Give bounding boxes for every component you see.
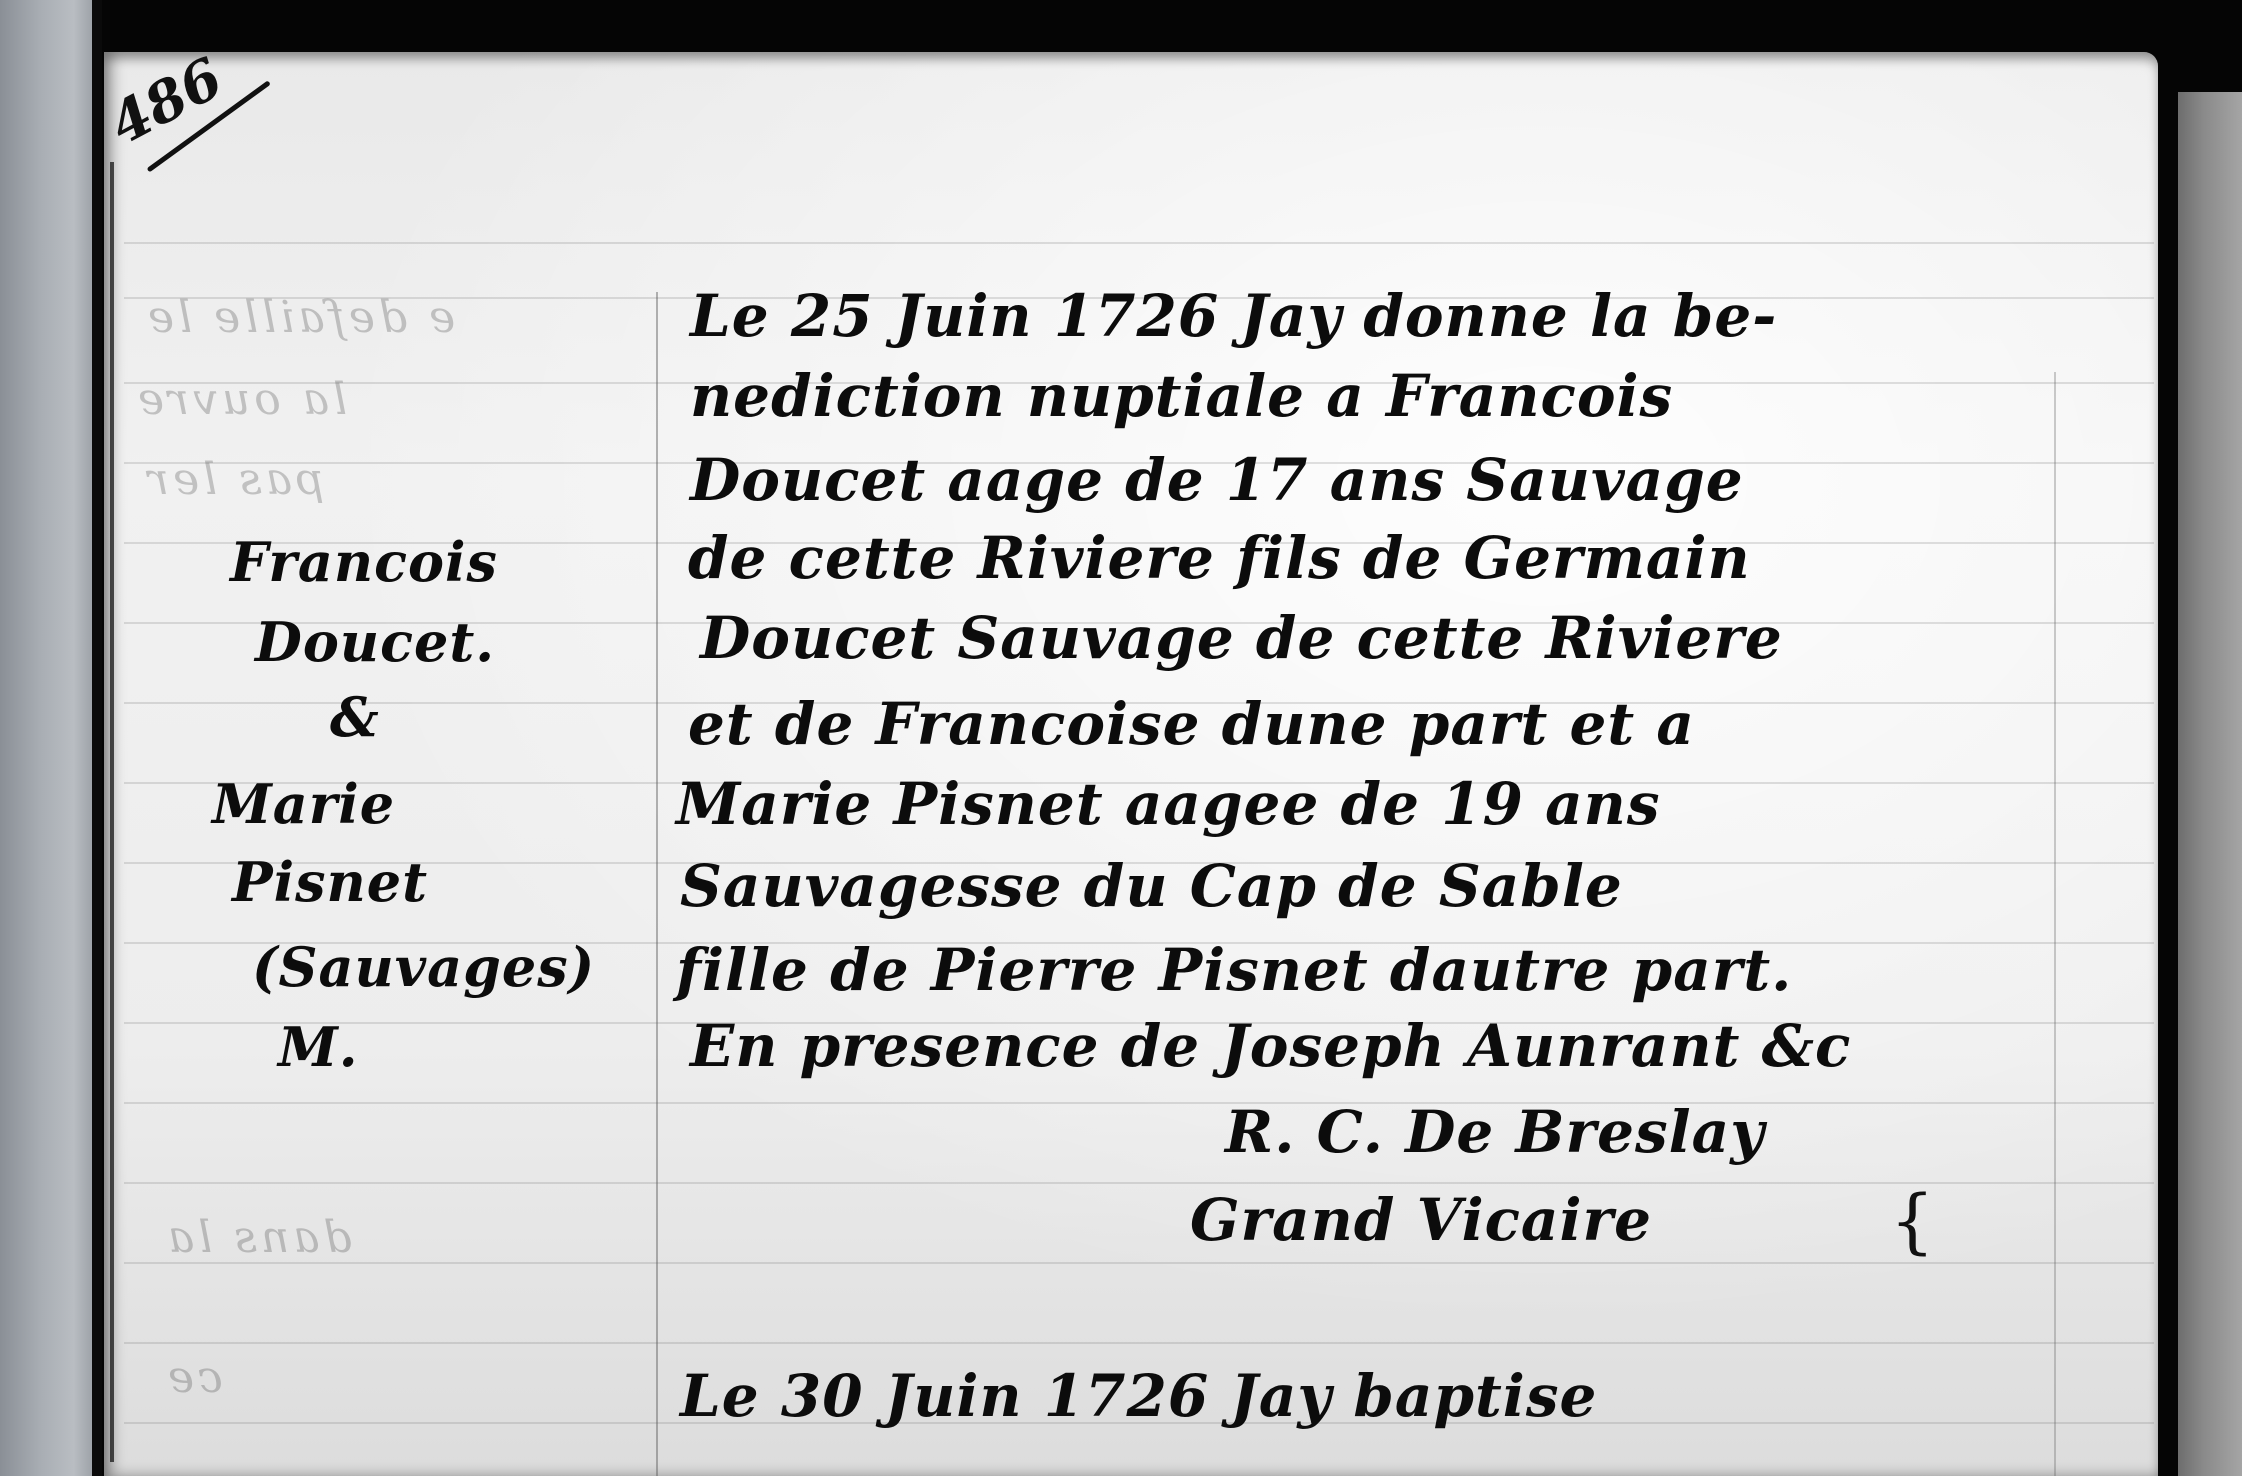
entry-line: Doucet Sauvage de cette Riviere — [700, 604, 1783, 672]
ruled-line — [124, 1102, 2154, 1104]
margin-bride-first-name: Marie — [212, 772, 395, 836]
bleed-through-text: pas ler — [144, 454, 324, 505]
ruled-line — [124, 242, 2154, 244]
right-column-line — [2054, 372, 2056, 1476]
bleed-through-text: dans la — [164, 1212, 352, 1263]
margin-groom-first-name: Francois — [230, 530, 498, 594]
entry-line: En presence de Joseph Aunrant &c — [690, 1012, 1851, 1080]
book-binding-left — [0, 0, 92, 1476]
bleed-through-text: la ouvre — [134, 374, 347, 425]
entry-line: Marie Pisnet aagee de 19 ans — [676, 770, 1661, 838]
entry-line: Doucet aage de 17 ans Sauvage — [690, 446, 1744, 514]
entry-line: nediction nuptiale a Francois — [690, 362, 1673, 430]
ruled-line — [124, 1182, 2154, 1184]
signature-bracket: { — [1890, 1180, 1935, 1262]
margin-bride-surname: Pisnet — [232, 850, 428, 914]
page-left-border — [110, 162, 114, 1462]
bleed-through-text: e defaille le — [144, 292, 455, 343]
binding-shadow — [92, 0, 102, 1476]
entry-line: de cette Riviere fils de Germain — [688, 524, 1751, 592]
margin-record-type: M. — [278, 1015, 359, 1079]
entry-line: Sauvagesse du Cap de Sable — [680, 852, 1623, 920]
register-page: e defaille le la ouvre pas ler dans la c… — [104, 52, 2158, 1476]
bleed-through-text: ce — [164, 1352, 223, 1403]
margin-groom-surname: Doucet. — [255, 610, 495, 674]
entry-line: et de Francoise dune part et a — [688, 690, 1695, 758]
margin-sauvages-note: (Sauvages) — [252, 935, 595, 999]
margin-separator-line — [656, 292, 658, 1476]
entry-line: Le 25 Juin 1726 Jay donne la be- — [690, 282, 1777, 350]
document-scan: e defaille le la ouvre pas ler dans la c… — [0, 0, 2242, 1476]
ruled-line — [124, 1262, 2154, 1264]
margin-ampersand: & — [330, 685, 380, 749]
ruled-line — [124, 1342, 2154, 1344]
signature-title: Grand Vicaire — [1190, 1186, 1652, 1254]
signature-name: R. C. De Breslay — [1225, 1098, 1765, 1166]
adjacent-page-edge — [2178, 92, 2242, 1476]
entry-line: fille de Pierre Pisnet dautre part. — [676, 936, 1792, 1004]
entry-line: Le 30 Juin 1726 Jay baptise — [680, 1362, 1597, 1430]
